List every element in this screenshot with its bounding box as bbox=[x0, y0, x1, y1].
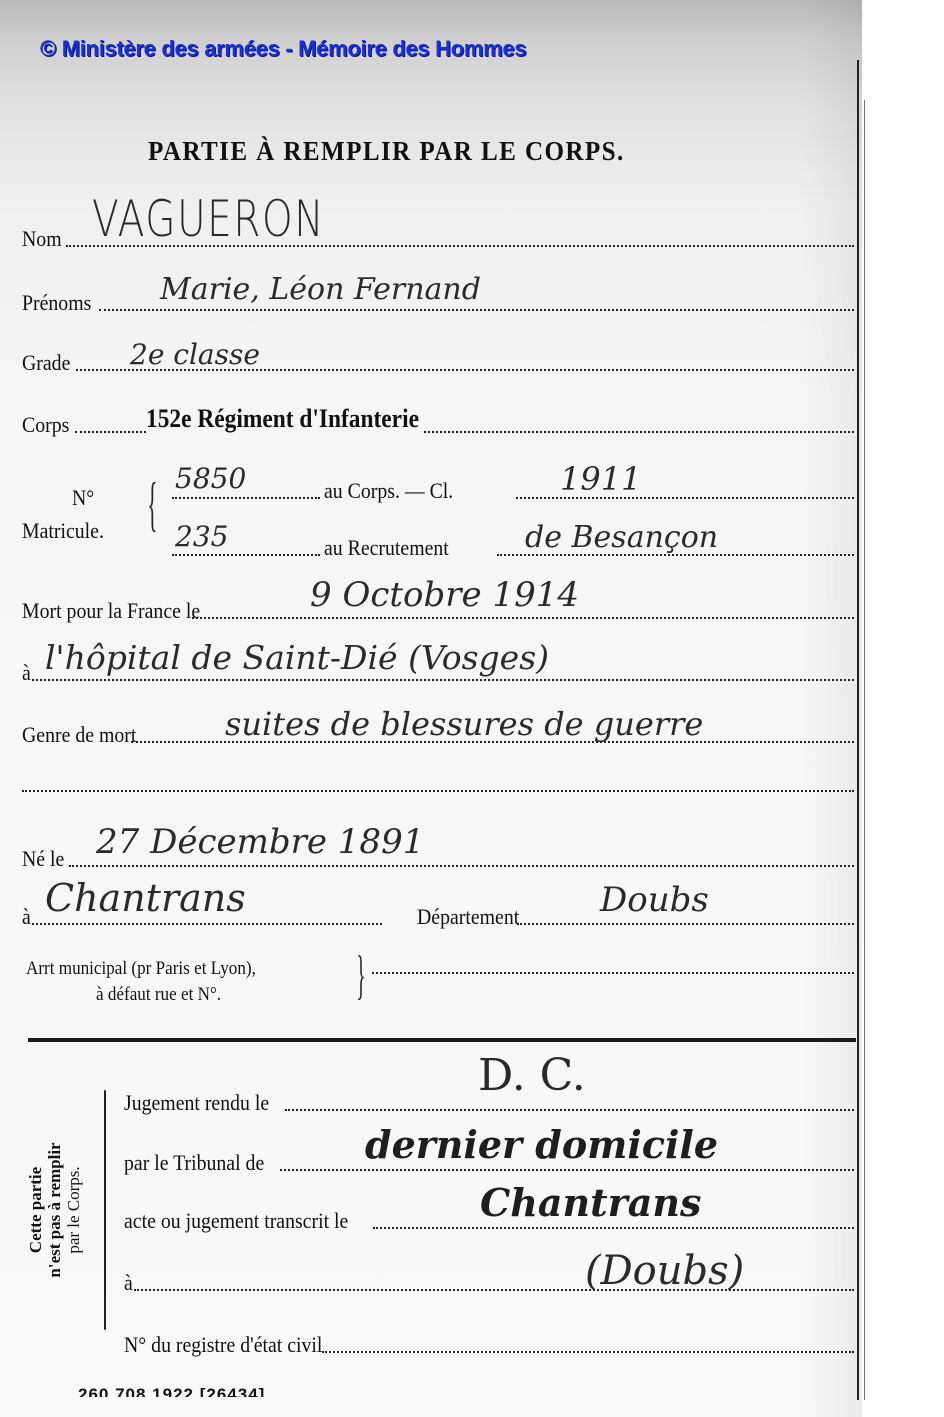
side-note-line1: Cette partie bbox=[26, 1100, 45, 1320]
side-note-line2: n'est pas à remplir bbox=[45, 1100, 64, 1320]
label-a: à bbox=[124, 1270, 133, 1296]
field-registre: N° du registre d'état civil bbox=[124, 1332, 854, 1358]
value-a: (Doubs) bbox=[585, 1248, 744, 1294]
label-matricule: Matricule. bbox=[22, 518, 104, 544]
value-lieu-naissance: Chantrans bbox=[45, 876, 246, 920]
value-jugement: D. C. bbox=[478, 1050, 586, 1101]
label-lieu-naissance: à bbox=[22, 904, 31, 930]
value-mort: 9 Octobre 1914 bbox=[310, 575, 579, 615]
brace-line bbox=[104, 1090, 106, 1330]
value-genre-mort: suites de blessures de guerre bbox=[225, 705, 703, 743]
value-tribunal: dernier domicile bbox=[365, 1122, 718, 1167]
value-grade: 2e classe bbox=[130, 338, 260, 371]
value-ne-le: 27 Décembre 1891 bbox=[96, 822, 424, 862]
brace: } bbox=[356, 944, 365, 1006]
side-note-line3: par le Corps. bbox=[64, 1100, 83, 1320]
label-lieu-mort: à bbox=[22, 660, 31, 686]
value-corps-number: 5850 bbox=[175, 462, 246, 495]
label-grade: Grade bbox=[22, 350, 70, 376]
section-divider bbox=[28, 1038, 856, 1042]
label-no: N° bbox=[72, 485, 94, 511]
value-departement: Doubs bbox=[600, 880, 709, 920]
field-arrondissement bbox=[372, 972, 854, 979]
brace: { bbox=[147, 470, 157, 539]
value-recrutement: de Besançon bbox=[525, 520, 718, 555]
label-corps: Corps bbox=[22, 412, 69, 438]
label-transcrit: acte ou jugement transcrit le bbox=[124, 1208, 348, 1234]
field-a: à bbox=[124, 1270, 854, 1296]
value-prenoms: Marie, Léon Fernand bbox=[160, 272, 481, 307]
page-border bbox=[857, 60, 859, 1400]
label-ne-le: Né le bbox=[22, 846, 64, 872]
label-prenoms: Prénoms bbox=[22, 290, 91, 316]
label-arrondissement-line1: Arrt municipal (pr Paris et Lyon), bbox=[26, 958, 256, 980]
field-blank-line bbox=[22, 790, 854, 797]
form-title: PARTIE À REMPLIR PAR LE CORPS. bbox=[148, 136, 625, 167]
value-nom: VAGUERON bbox=[92, 190, 325, 248]
field-matricule-recrutement: au Recrutement bbox=[172, 535, 854, 561]
value-recrutement-number: 235 bbox=[175, 520, 228, 553]
label-au-recrutement: au Recrutement bbox=[324, 535, 449, 561]
value-transcrit: Chantrans bbox=[480, 1180, 701, 1225]
value-classe: 1911 bbox=[560, 460, 641, 498]
page-border-inner bbox=[864, 100, 865, 1400]
label-mort: Mort pour la France le bbox=[22, 598, 200, 624]
label-registre: N° du registre d'état civil bbox=[124, 1332, 322, 1358]
label-departement: Département bbox=[417, 904, 519, 930]
field-matricule-corps: au Corps. — Cl. bbox=[172, 478, 854, 504]
label-jugement: Jugement rendu le bbox=[124, 1090, 269, 1116]
value-corps: 152e Régiment d'Infanterie bbox=[146, 404, 423, 434]
label-arrondissement-line2: à défaut rue et N°. bbox=[96, 984, 221, 1006]
label-genre-mort: Genre de mort bbox=[22, 722, 136, 748]
label-tribunal: par le Tribunal de bbox=[124, 1150, 264, 1176]
copyright-watermark: © Ministère des armées - Mémoire des Hom… bbox=[40, 36, 526, 62]
label-au-corps: au Corps. — Cl. bbox=[324, 478, 453, 504]
label-nom: Nom bbox=[22, 226, 62, 252]
value-lieu-mort: l'hôpital de Saint-Dié (Vosges) bbox=[45, 638, 549, 677]
print-reference: 260 708 1922 [26434] bbox=[78, 1385, 265, 1397]
side-note: Cette partie n'est pas à remplir par le … bbox=[26, 1100, 83, 1320]
